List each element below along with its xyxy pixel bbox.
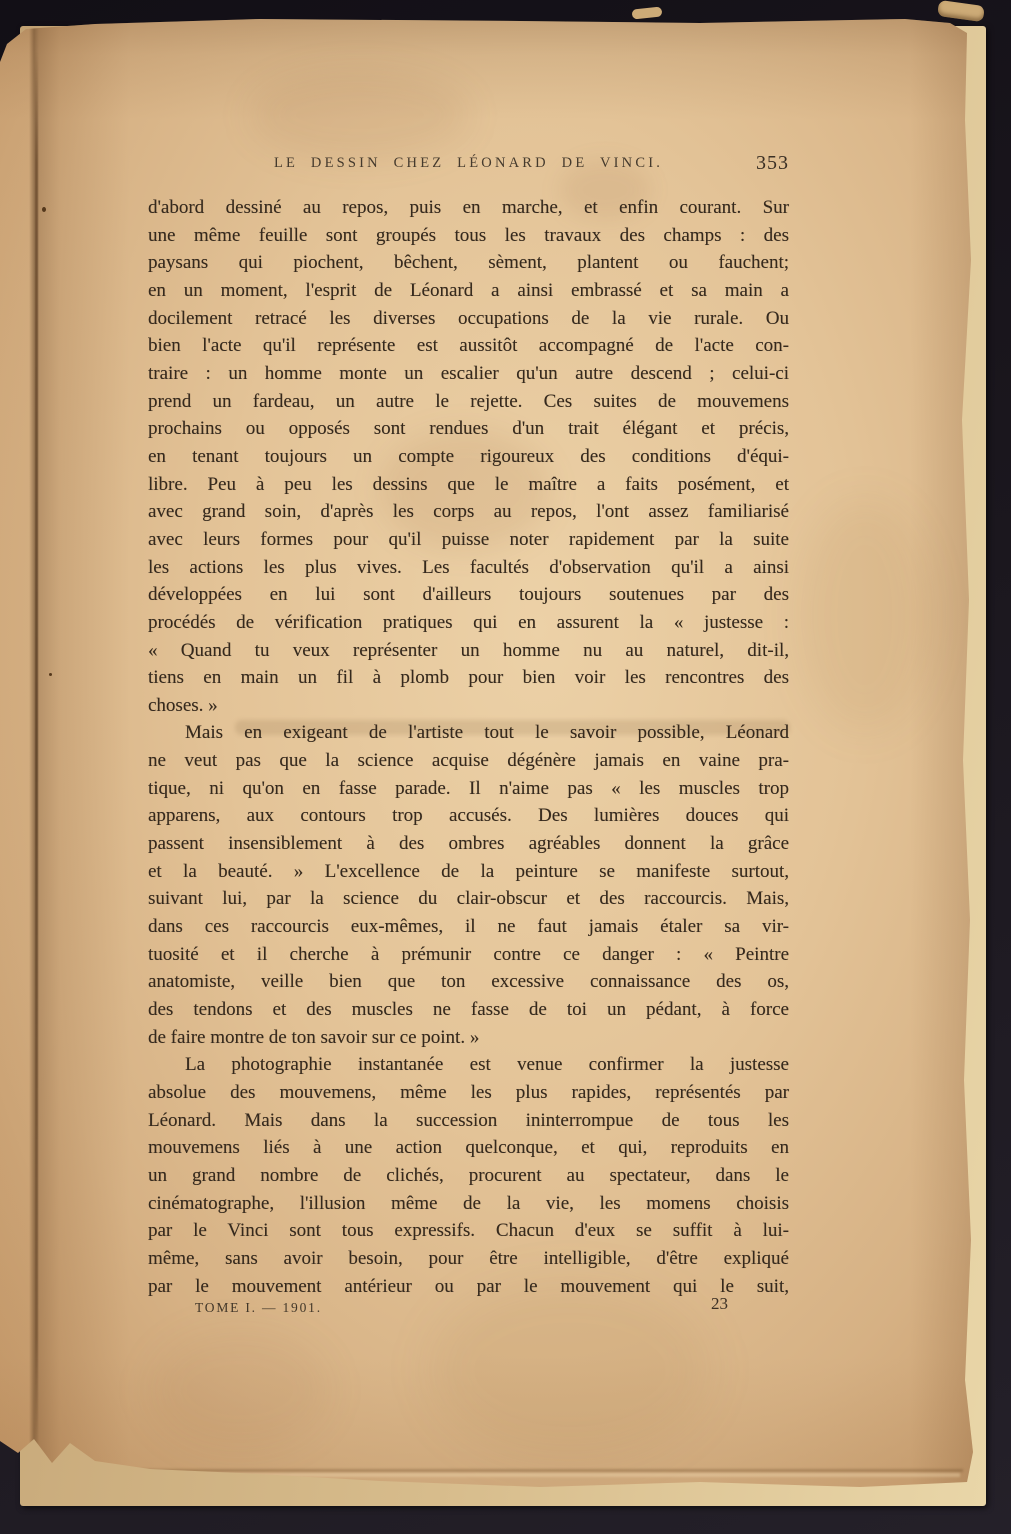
text-line: ne veut pas que la science acquise dégén…: [148, 747, 789, 775]
text-line: une même feuille sont groupés tous les t…: [148, 222, 789, 250]
text-line: suivant lui, par la science du clair-obs…: [148, 885, 789, 913]
book-page: LE DESSIN CHEZ LÉONARD DE VINCI. 353 d'a…: [0, 0, 980, 1496]
text-line: développées en lui sont d'ailleurs toujo…: [148, 581, 789, 609]
text-line: libre. Peu à peu les dessins que le maît…: [148, 471, 789, 499]
text-line: cinématographe, l'illusion même de la vi…: [148, 1190, 789, 1218]
text-line: d'abord dessiné au repos, puis en marche…: [148, 194, 789, 222]
text-line: procédés de vérification pratiques qui e…: [148, 609, 789, 637]
running-title: LE DESSIN CHEZ LÉONARD DE VINCI.: [148, 155, 789, 172]
text-line: de faire montre de ton savoir sur ce poi…: [148, 1024, 789, 1052]
paper-stain: [150, 1330, 330, 1450]
page-number: 353: [756, 152, 789, 175]
text-line: avec grand soin, d'après les corps au re…: [148, 498, 789, 526]
text-line: prend un fardeau, un autre le rejette. C…: [148, 388, 789, 416]
text-line: docilement retracé les diverses occupati…: [148, 305, 789, 333]
body-text: d'abord dessiné au repos, puis en marche…: [148, 194, 789, 1300]
text-line: par le Vinci sont tous expressifs. Chacu…: [148, 1217, 789, 1245]
text-line: et la beauté. » L'excellence de la peint…: [148, 858, 789, 886]
text-line: un grand nombre de clichés, procurent au…: [148, 1162, 789, 1190]
text-line: tique, ni qu'on en fasse parade. Il n'ai…: [148, 775, 789, 803]
page-footer: TOME I. — 1901. 23: [148, 1294, 789, 1324]
text-line: traire : un homme monte un escalier qu'u…: [148, 360, 789, 388]
text-line: absolue des mouvemens, même les plus rap…: [148, 1079, 789, 1107]
paper-fragment: [937, 0, 985, 22]
text-line: Mais en exigeant de l'artiste tout le sa…: [148, 719, 789, 747]
running-head: LE DESSIN CHEZ LÉONARD DE VINCI. 353: [148, 155, 789, 181]
paper-stain: [800, 500, 930, 730]
text-line: même, sans avoir besoin, pour être intel…: [148, 1245, 789, 1273]
paper-speck: [49, 673, 52, 676]
text-line: « Quand tu veux représenter un homme nu …: [148, 637, 789, 665]
text-line: prochains ou opposés sont rendues d'un t…: [148, 415, 789, 443]
scan-backdrop: LE DESSIN CHEZ LÉONARD DE VINCI. 353 d'a…: [0, 0, 1011, 1534]
text-line: tiens en main un fil à plomb pour bien v…: [148, 664, 789, 692]
text-line: en tenant toujours un compte rigoureux d…: [148, 443, 789, 471]
text-line: passent insensiblement à des ombres agré…: [148, 830, 789, 858]
paper-speck: [42, 207, 46, 212]
text-line: choses. »: [148, 692, 789, 720]
text-line: anatomiste, veille bien que ton excessiv…: [148, 968, 789, 996]
text-line: mouvemens liés à une action quelconque, …: [148, 1134, 789, 1162]
text-line: bien l'acte qu'il représente est aussitô…: [148, 332, 789, 360]
text-line: des tendons et des muscles ne fasse de t…: [148, 996, 789, 1024]
text-line: tuosité et il cherche à prémunir contre …: [148, 941, 789, 969]
binding-gutter-crease: [35, 52, 38, 1448]
text-line: avec leurs formes pour qu'il puisse note…: [148, 526, 789, 554]
footer-volume-label: TOME I. — 1901.: [195, 1300, 322, 1316]
text-line: apparens, aux contours trop accusés. Des…: [148, 802, 789, 830]
text-line: Léonard. Mais dans la succession ininter…: [148, 1107, 789, 1135]
paper-fragment: [632, 6, 663, 19]
text-line: dans ces raccourcis eux-mêmes, il ne fau…: [148, 913, 789, 941]
text-line: paysans qui piochent, bêchent, sèment, p…: [148, 249, 789, 277]
paper-stain: [250, 70, 470, 160]
text-line: La photographie instantanée est venue co…: [148, 1051, 789, 1079]
footer-signature-number: 23: [711, 1294, 728, 1314]
text-line: les actions les plus vives. Les facultés…: [148, 554, 789, 582]
text-line: en un moment, l'esprit de Léonard a ains…: [148, 277, 789, 305]
